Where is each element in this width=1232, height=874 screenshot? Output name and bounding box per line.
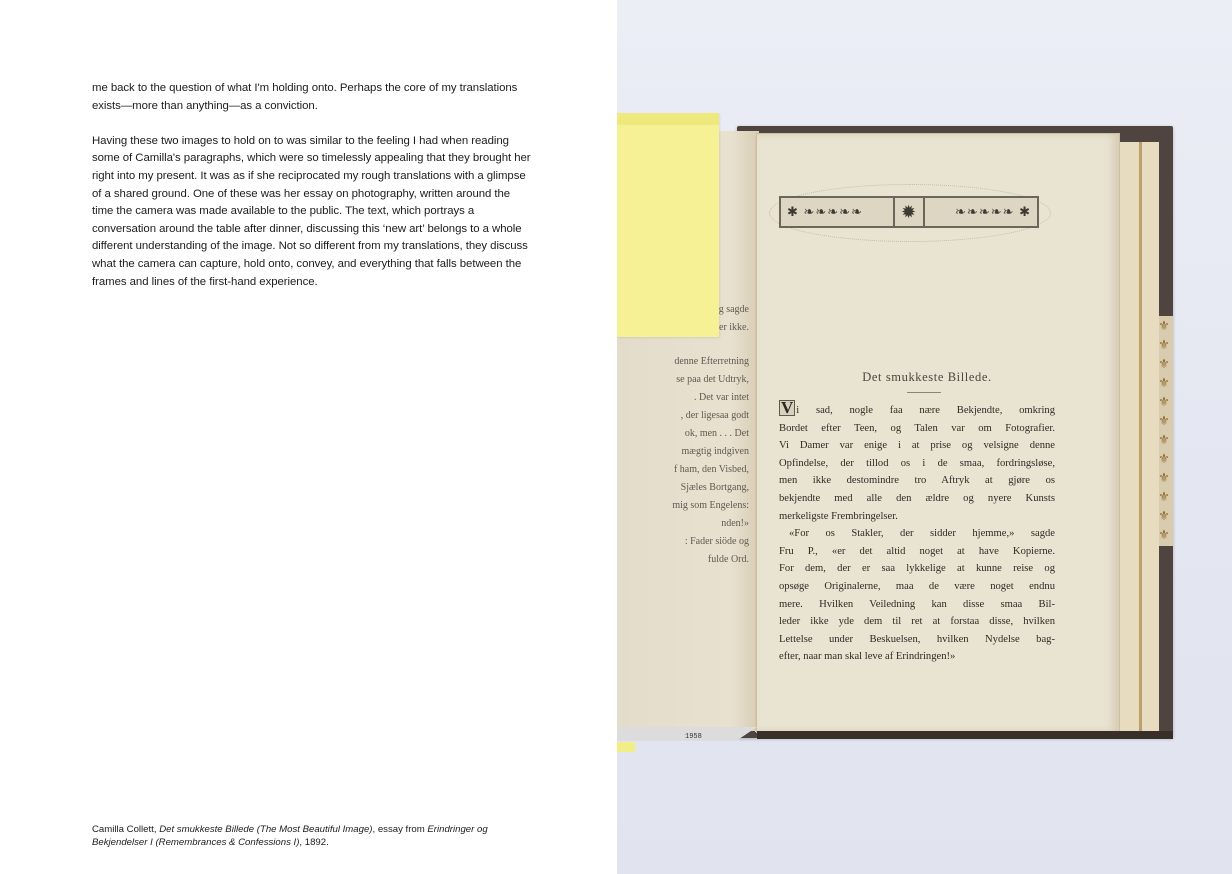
left-page-line: denne Efterretning (619, 353, 749, 371)
essay-line: bekjendte med alle den ældre og nyere Ku… (779, 490, 1055, 508)
essay-line-text: efter, naar man skal leve af Erindringen… (779, 651, 955, 662)
essay-line-text: For dem, der er saa lykkelige at kunne r… (779, 563, 1055, 574)
essay-line-text: leder ikke yde dem til ret at forstaa di… (779, 616, 1055, 627)
essay-line-text: merkeligste Frembringelser. (779, 511, 898, 522)
left-page-line: : Fader siöde og (619, 533, 749, 551)
essay-line-text: Opfindelse, der tillod os i de smaa, for… (779, 458, 1055, 469)
essay-line: men ikke destomindre tro Aftryk at gjøre… (779, 472, 1055, 490)
book-spread: me back to the question of what I'm hold… (0, 0, 1232, 874)
essay-line-text: Vi Damer var enige i at prise og velsign… (779, 440, 1055, 451)
essay-line: merkeligste Frembringelser. (779, 508, 1055, 526)
essay-line-text: Lettelse under Beskuelsen, hvilken Nydel… (779, 634, 1055, 645)
left-page-line: mig som Engelens: (619, 497, 749, 515)
caption-year: , 1892. (299, 837, 328, 848)
essay-line: efter, naar man skal leve af Erindringen… (779, 648, 1055, 666)
ornament-rosette-icon: ✹ (893, 198, 925, 226)
text-page: me back to the question of what I'm hold… (0, 0, 617, 874)
left-page-line: . Det var intet (619, 389, 749, 407)
right-book-page: ✱ ❧❧❧❧❧ ✹ ❧❧❧❧❧ ✱ Det smukkeste Billede.… (756, 133, 1120, 733)
spine-stamp: 1958 (685, 733, 702, 741)
left-page-line: se paa det Udtryk, (619, 371, 749, 389)
essay-line: Vi sad, nogle faa nære Bekjendte, omkrin… (779, 400, 1055, 420)
essay-line-text: men ikke destomindre tro Aftryk at gjøre… (779, 475, 1055, 486)
paragraph-1: me back to the question of what I'm hold… (92, 80, 532, 115)
essay-line: leder ikke yde dem til ret at forstaa di… (779, 613, 1055, 631)
cover-bottom-edge (757, 731, 1173, 739)
essay-line: «For os Stakler, der sidder hjemme,» sag… (779, 525, 1055, 543)
left-page-line: , der ligesaa godt (619, 407, 749, 425)
decorative-headpiece: ✱ ❧❧❧❧❧ ✹ ❧❧❧❧❧ ✱ (779, 196, 1039, 228)
caption-mid: , essay from (372, 824, 427, 835)
essay-line-text: i sad, nogle faa nære Bekjendte, omkring (796, 405, 1055, 416)
essay-line: Fru P., «er det altid noget at have Kopi… (779, 543, 1055, 561)
ornament-left: ✱ ❧❧❧❧❧ (787, 204, 863, 220)
sticky-note-tab (617, 742, 635, 752)
left-page-line: Sjæles Bortgang, (619, 479, 749, 497)
essay-line: Vi Damer var enige i at prise og velsign… (779, 437, 1055, 455)
left-page-line: f ham, den Visbed, (619, 461, 749, 479)
essay-line-text: Bordet efter Teen, og Talen var om Fotog… (779, 423, 1055, 434)
image-caption: Camilla Collett, Det smukkeste Billede (… (92, 824, 542, 849)
left-page-line: ok, men . . . Det (619, 425, 749, 443)
essay-line-text: mere. Hvilken Veiledning kan disse smaa … (779, 599, 1055, 610)
caption-essay-title: Det smukkeste Billede (The Most Beautifu… (159, 824, 372, 835)
essay-line-text: «For os Stakler, der sidder hjemme,» sag… (789, 528, 1055, 539)
sticky-note (617, 113, 719, 337)
essay-line: opsøge Originalerne, maa de være noget e… (779, 578, 1055, 596)
essay-text: Vi sad, nogle faa nære Bekjendte, omkrin… (779, 400, 1055, 666)
paragraph-2: Having these two images to hold on to wa… (92, 133, 532, 291)
essay-line: Opfindelse, der tillod os i de smaa, for… (779, 455, 1055, 473)
book-photograph: ⚜⚜⚜⚜⚜⚜⚜⚜⚜⚜⚜⚜ som uvis og sagdeei, han er… (617, 0, 1232, 874)
essay-line-text: Fru P., «er det altid noget at have Kopi… (779, 546, 1055, 557)
essay-line-text: bekjendte med alle den ældre og nyere Ku… (779, 493, 1055, 504)
left-page-line: nden!» (619, 515, 749, 533)
left-page-line: fulde Ord. (619, 551, 749, 569)
body-text: me back to the question of what I'm hold… (92, 80, 532, 309)
left-page-line: mægtig indgiven (619, 443, 749, 461)
essay-heading: Det smukkeste Billede. (757, 370, 1097, 385)
essay-line-text: opsøge Originalerne, maa de være noget e… (779, 581, 1055, 592)
essay-line: Lettelse under Beskuelsen, hvilken Nydel… (779, 631, 1055, 649)
essay-line: Bordet efter Teen, og Talen var om Fotog… (779, 420, 1055, 438)
essay-line: For dem, der er saa lykkelige at kunne r… (779, 560, 1055, 578)
heading-rule (907, 392, 941, 393)
drop-cap: V (779, 400, 795, 416)
essay-line: mere. Hvilken Veiledning kan disse smaa … (779, 596, 1055, 614)
ornament-right: ❧❧❧❧❧ ✱ (955, 204, 1031, 220)
caption-author: Camilla Collett, (92, 824, 159, 835)
